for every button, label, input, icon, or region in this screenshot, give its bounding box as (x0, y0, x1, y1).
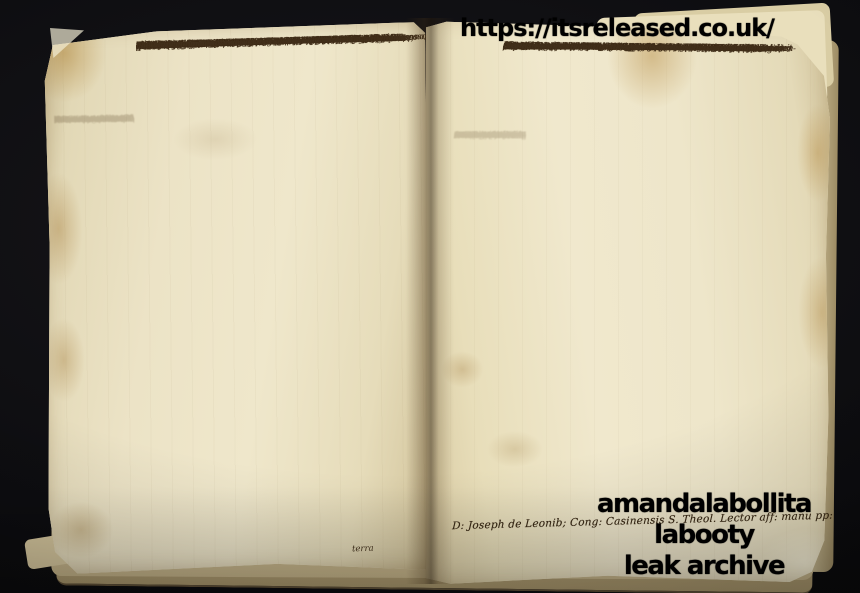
manuscript-line: il se detto, e per il delitto che segue … (502, 41, 792, 54)
left-page-last-word: terra (352, 544, 374, 555)
manuscript-line: il se detto, e per il delitto che segue … (54, 112, 134, 129)
watermark-credit: amandalabollita labooty leak archive (545, 489, 860, 582)
show-through-text-left: nemini acceptandum est, quod autem de ve… (54, 111, 142, 558)
watermark-credit-line1: amandalabollita labooty (545, 489, 860, 551)
left-page-handwriting: Salvatio degl' Fatori, nel terratio vecc… (136, 31, 428, 542)
watermark-url: https://itsreleased.co.uk/ (460, 15, 774, 41)
manuscript-photo: nemini acceptandum est, quod autem de ve… (0, 0, 860, 593)
watermark-credit-line2: leak archive (545, 551, 860, 582)
right-page-handwriting: nemini acceptandum est, quod autem de ve… (440, 40, 806, 523)
